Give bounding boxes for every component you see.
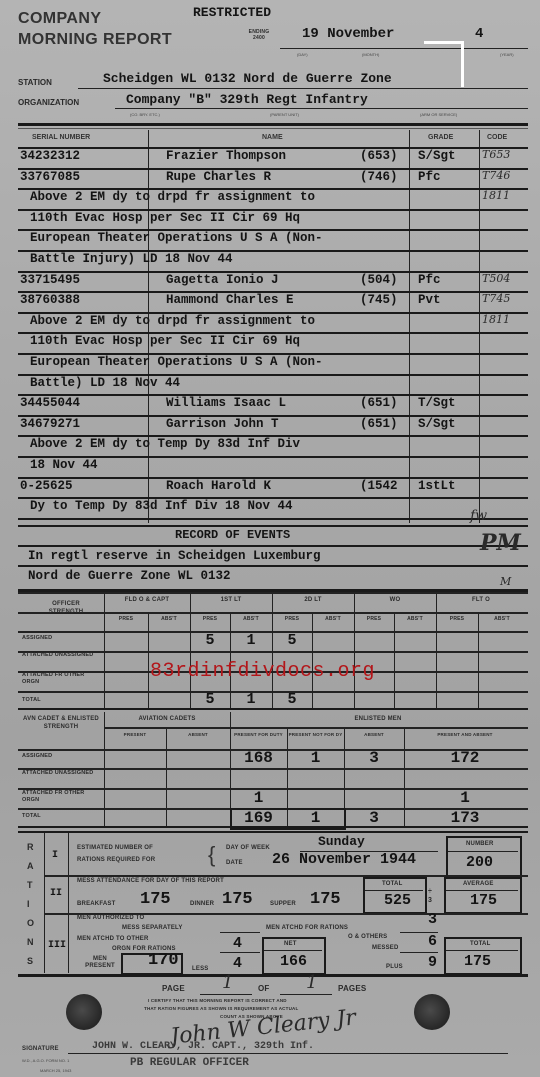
watermark: 83rdinfdivdocs.org: [150, 660, 375, 683]
serial-number: 0-25625: [20, 479, 73, 493]
organization-label: ORGANIZATION: [18, 98, 79, 107]
mos-code: (651): [360, 417, 398, 431]
ration-number-value: 200: [466, 854, 493, 871]
officer-row-label: ATTACHED FR OTHER ORGN: [22, 672, 100, 686]
serial-number: 34455044: [20, 396, 80, 410]
soldier-name: Williams Isaac L: [166, 396, 286, 410]
ending-label: ENDING 2400: [243, 29, 275, 41]
mos-code: (504): [360, 273, 398, 287]
breakfast-count: 175: [140, 890, 171, 909]
enlisted-row-label: ASSIGNED: [22, 753, 100, 760]
station-value: Scheidgen WL 0132 Nord de Guerre Zone: [103, 71, 392, 86]
report-year: 4: [475, 26, 483, 42]
enlisted-col-header: PRESENT: [104, 732, 166, 738]
officer-row-label: TOTAL: [22, 697, 100, 704]
officer-count: 1: [230, 632, 272, 649]
mos-code: (1542: [360, 479, 398, 493]
enlisted-strength-title: AVN CADET & ENLISTED STRENGTH: [22, 715, 100, 731]
handwritten-code: T504: [482, 272, 510, 285]
event-line-1: In regtl reserve in Scheidgen Luxemburg: [28, 549, 321, 563]
handwritten-code: 1811: [482, 313, 510, 326]
col-serial-number: SERIAL NUMBER: [32, 134, 90, 141]
handwritten-initials-3: M: [500, 575, 511, 588]
record-of-events-title: RECORD OF EVENTS: [175, 528, 290, 542]
officer-count: 5: [190, 691, 230, 708]
brace: {: [208, 842, 215, 868]
morning-report-page: COMPANY MORNING REPORT RESTRICTED ENDING…: [0, 0, 540, 1077]
day-sub-label: (DAY): [297, 52, 308, 57]
grade: S/Sgt: [418, 417, 456, 431]
officer-count: 5: [272, 632, 312, 649]
ration-date: 26 November 1944: [272, 851, 416, 868]
serial-number: 34232312: [20, 149, 80, 163]
white-corner-mark: [424, 41, 464, 44]
remark-line: Battle Injury) LD 18 Nov 44: [30, 252, 233, 266]
mos-code: (746): [360, 170, 398, 184]
mess-total-value: 525: [384, 892, 411, 909]
month-sub-label: (MONTH): [362, 52, 379, 57]
form-title-line1: COMPANY: [18, 10, 101, 28]
less-value: 4: [233, 955, 242, 972]
men-present-value: 170: [148, 951, 179, 970]
remark-line: 110th Evac Hosp per Sec II Cir 69 Hq: [30, 334, 300, 348]
soldier-name: Hammond Charles E: [166, 293, 294, 307]
enlisted-count: 1: [230, 789, 287, 807]
plus-value: 9: [428, 954, 437, 971]
enlisted-col-header: ABSENT: [344, 732, 404, 738]
total-pages: 1: [306, 972, 317, 993]
soldier-name: Frazier Thompson: [166, 149, 286, 163]
mos-code: (745): [360, 293, 398, 307]
dinner-count: 175: [222, 890, 253, 909]
serial-number: 33715495: [20, 273, 80, 287]
handwritten-code: T653: [482, 148, 510, 161]
net-value: 166: [280, 953, 307, 970]
serial-number: 34679271: [20, 417, 80, 431]
right-seal-stamp: [414, 994, 450, 1030]
ration-section-2-roman: II: [50, 888, 62, 899]
grade: Pfc: [418, 170, 441, 184]
remark-line: 110th Evac Hosp per Sec II Cir 69 Hq: [30, 211, 300, 225]
grade: T/Sgt: [418, 396, 456, 410]
enlisted-count: 1: [404, 789, 526, 807]
officer-group-header: FLD O & CAPT: [104, 597, 190, 603]
officer-row-label: ATTACHED UNASSIGNED: [22, 652, 100, 659]
officer-count: 5: [190, 632, 230, 649]
enlisted-row-label: ATTACHED FR OTHER ORGN: [22, 790, 100, 804]
remark-line: 18 Nov 44: [30, 458, 98, 472]
enlisted-row-label: TOTAL: [22, 813, 100, 820]
supper-count: 175: [310, 890, 341, 909]
col-name: NAME: [262, 134, 283, 141]
soldier-name: Garrison John T: [166, 417, 279, 431]
remark-line: Dy to Temp Dy 83d Inf Div 18 Nov 44: [30, 499, 293, 513]
atchd-other-orgn-value: 4: [233, 935, 242, 952]
mos-code: (653): [360, 149, 398, 163]
ration-day-of-week: Sunday: [318, 834, 365, 849]
atchd-for-rations-value: 3: [428, 911, 437, 928]
organization-value: Company "B" 329th Regt Infantry: [126, 92, 368, 107]
enlisted-count: 172: [404, 749, 526, 767]
form-title-line2: MORNING REPORT: [18, 31, 172, 49]
grade: S/Sgt: [418, 149, 456, 163]
page-number: 1: [222, 972, 233, 993]
remark-line: Above 2 EM dy to Temp Dy 83d Inf Div: [30, 437, 300, 451]
enlisted-row-label: ATTACHED UNASSIGNED: [22, 770, 100, 777]
col-code: CODE: [487, 134, 507, 141]
officer-strength-title: OFFICER STRENGTH: [36, 600, 96, 616]
handwritten-code: T746: [482, 169, 510, 182]
others-messed-value: 6: [428, 933, 437, 950]
officer-group-header: 1ST LT: [190, 597, 272, 603]
mos-code: (651): [360, 396, 398, 410]
handwritten-code: 1811: [482, 189, 510, 202]
grade: Pfc: [418, 273, 441, 287]
enlisted-col-header: PRESENT FOR DUTY: [230, 732, 287, 738]
grade: 1stLt: [418, 479, 456, 493]
ration-section-1-roman: I: [52, 850, 58, 861]
enlisted-col-header: PRESENT NOT FOR DY: [287, 732, 344, 738]
grade: Pvt: [418, 293, 441, 307]
officer-group-header: 2D LT: [272, 597, 354, 603]
station-label: STATION: [18, 78, 52, 87]
left-seal-stamp: [66, 994, 102, 1030]
enlisted-count: 3: [344, 749, 404, 767]
remark-line: European Theater Operations U S A (Non-: [30, 231, 323, 245]
classification-stamp: RESTRICTED: [193, 5, 271, 20]
remark-line: Above 2 EM dy to drpd fr assignment to: [30, 314, 315, 328]
ration-total-value: 175: [464, 953, 491, 970]
total-present-box: [230, 808, 346, 830]
col-grade: GRADE: [428, 134, 453, 141]
enlisted-col-header: ABSENT: [166, 732, 230, 738]
mess-average-value: 175: [470, 892, 497, 909]
ration-section-3-roman: III: [48, 940, 66, 951]
report-date: 19 November: [302, 26, 394, 42]
soldier-name: Gagetta Ionio J: [166, 273, 279, 287]
remark-line: European Theater Operations U S A (Non-: [30, 355, 323, 369]
officer-group-header: WO: [354, 597, 436, 603]
enlisted-count: 168: [230, 749, 287, 767]
officer-count: 1: [230, 691, 272, 708]
enlisted-count: 173: [404, 809, 526, 827]
remark-line: Above 2 EM dy to drpd fr assignment to: [30, 190, 315, 204]
year-sub-label: (YEAR): [500, 52, 514, 57]
typed-signature: JOHN W. CLEARY, JR. CAPT., 329th Inf.: [92, 1041, 314, 1052]
serial-number: 33767085: [20, 170, 80, 184]
serial-number: 38760388: [20, 293, 80, 307]
soldier-name: Rupe Charles R: [166, 170, 271, 184]
handwritten-initials-2: PM: [480, 530, 521, 556]
handwritten-code: T745: [482, 292, 510, 305]
handwritten-initials-1: fw: [470, 508, 487, 524]
officer-group-header: FLT O: [436, 597, 526, 603]
officer-count: 5: [272, 691, 312, 708]
enlisted-count: 1: [287, 749, 344, 767]
enlisted-col-header: PRESENT AND ABSENT: [404, 732, 526, 738]
officer-title: PB REGULAR OFFICER: [130, 1057, 249, 1069]
event-line-2: Nord de Guerre Zone WL 0132: [28, 569, 231, 583]
officer-row-label: ASSIGNED: [22, 635, 100, 642]
remark-line: Battle) LD 18 Nov 44: [30, 376, 180, 390]
enlisted-count: 3: [344, 809, 404, 827]
soldier-name: Roach Harold K: [166, 479, 271, 493]
